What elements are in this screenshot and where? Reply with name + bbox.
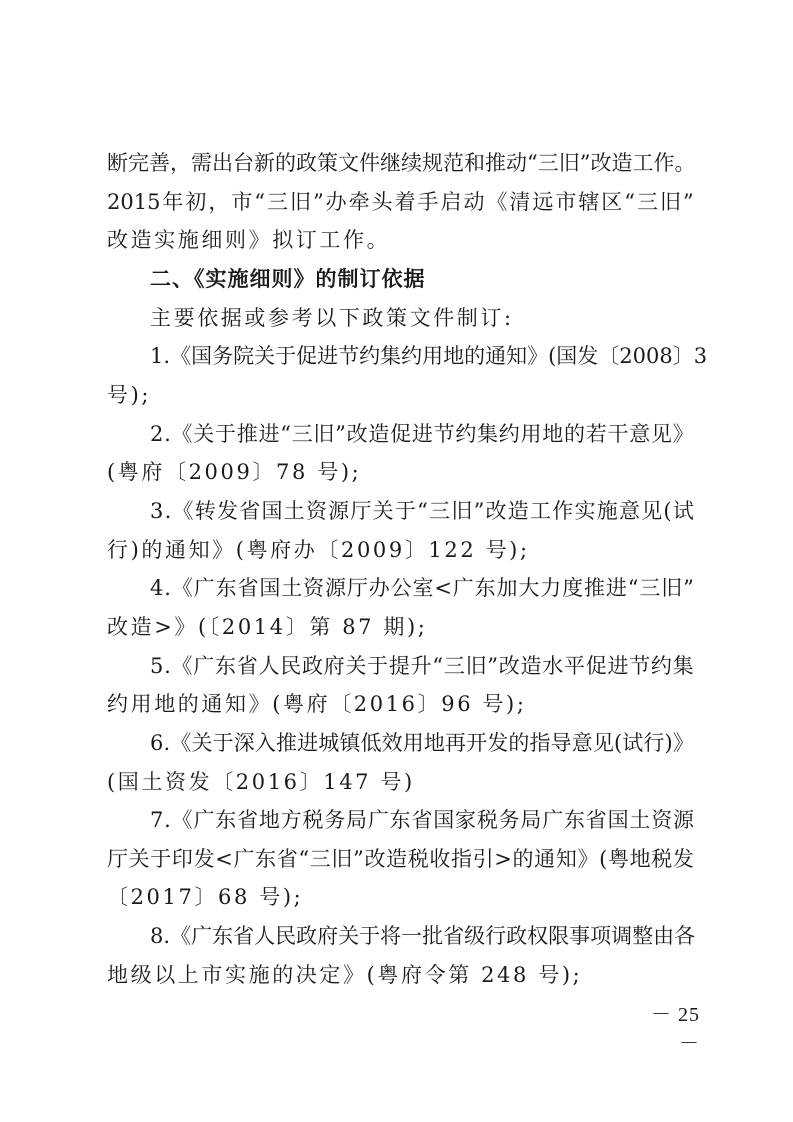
paragraph-line: 2015年初，市“三旧”办牵头着手启动《清远市辖区“三旧” — [107, 183, 694, 222]
paragraph-line: 改造实施细则》拟订工作。 — [107, 221, 694, 260]
paragraph-line: 断完善，需出台新的政策文件继续规范和推动“三旧”改造工作。 — [107, 144, 694, 183]
list-item-3-cont: 行)的通知》(粤府办〔2009〕122 号); — [107, 531, 694, 570]
list-item-5: 5.《广东省人民政府关于提升“三旧”改造水平促进节约集 — [107, 647, 694, 686]
list-item-1: 1.《国务院关于促进节约集约用地的通知》(国发〔2008〕3 — [107, 337, 694, 376]
list-item-7-cont: 〔2017〕68 号); — [107, 878, 694, 917]
list-item-6: 6.《关于深入推进城镇低效用地再开发的指导意见(试行)》 — [107, 724, 694, 763]
list-item-8-cont: 地级以上市实施的决定》(粤府令第 248 号); — [107, 956, 694, 995]
list-item-4-cont: 改造>》(〔2014〕第 87 期); — [107, 608, 694, 647]
list-item-3: 3.《转发省国土资源厅关于“三旧”改造工作实施意见(试 — [107, 492, 694, 531]
body-text: 断完善，需出台新的政策文件继续规范和推动“三旧”改造工作。 2015年初，市“三… — [107, 144, 694, 994]
list-item-6-cont: (国土资发〔2016〕147 号) — [107, 763, 694, 802]
document-page: 断完善，需出台新的政策文件继续规范和推动“三旧”改造工作。 2015年初，市“三… — [0, 0, 793, 1122]
paragraph-line: 主要依据或参考以下政策文件制订: — [107, 299, 694, 338]
list-item-7: 7.《广东省地方税务局广东省国家税务局广东省国土资源 — [107, 801, 694, 840]
list-item-5-cont: 约用地的通知》(粤府〔2016〕96 号); — [107, 685, 694, 724]
list-item-2-cont: (粤府〔2009〕78 号); — [107, 453, 694, 492]
list-item-7-cont: 厅关于印发<广东省“三旧”改造税收指引>的通知》(粤地税发 — [107, 840, 694, 879]
list-item-8: 8.《广东省人民政府关于将一批省级行政权限事项调整由各 — [107, 917, 694, 956]
page-number: － 25 － — [630, 998, 700, 1056]
list-item-1-cont: 号); — [107, 376, 694, 415]
list-item-4: 4.《广东省国土资源厅办公室<广东加大力度推进“三旧” — [107, 569, 694, 608]
list-item-2: 2.《关于推进“三旧”改造促进节约集约用地的若干意见》 — [107, 415, 694, 454]
section-heading: 二、《实施细则》的制订依据 — [107, 260, 694, 299]
